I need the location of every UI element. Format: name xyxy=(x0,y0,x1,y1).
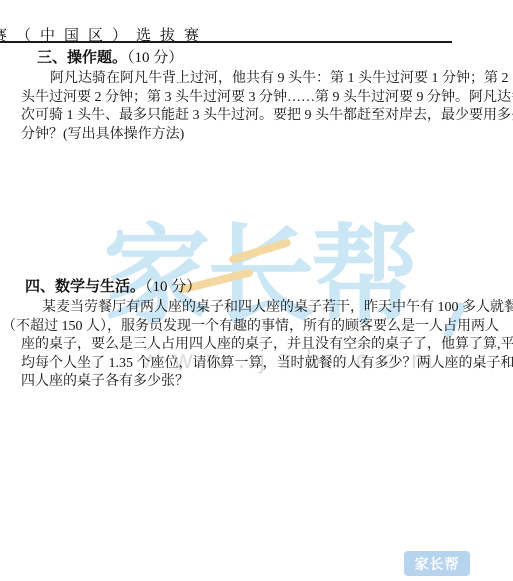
question-3-heading-score: （10 分） xyxy=(127,50,183,66)
jzb-logo-text: 家长帮 xyxy=(415,554,460,574)
question-4-heading: 四、数学与生活。（10 分） xyxy=(25,275,513,296)
question-4-line: 四人座的桌子各有多少张？ xyxy=(21,373,513,392)
question-4-heading-title: 四、数学与生活。 xyxy=(25,278,145,295)
question-4-heading-score: （10 分） xyxy=(145,279,201,295)
exam-paper-page: 赛（中国区）选拔赛 家长帮 www.jzb.com 三、操作题。（10 分） 阿… xyxy=(0,0,513,581)
question-3-line: 分钟？(写出具体操作方法) xyxy=(21,126,513,145)
jzb-logo-badge: 家长帮 xyxy=(404,551,470,576)
question-4-line: 均每个人坐了 1.35 个座位，请你算一算，当时就餐的人有多少？两人座的桌子和 xyxy=(21,355,513,374)
section-question-4: 四、数学与生活。（10 分） 某麦当劳餐厅有两人座的桌子和四人座的桌子若干，昨天… xyxy=(0,275,513,392)
question-3-line: 头牛过河要 2 分钟；第 3 头牛过河要 3 分钟……第 9 头牛过河要 9 分… xyxy=(21,89,513,108)
question-4-line: 座的桌子，要么是三人占用四人座的桌子，并且没有空余的桌子了，他算了算,平 xyxy=(21,336,513,355)
question-4-body: 某麦当劳餐厅有两人座的桌子和四人座的桌子若干，昨天中午有 100 多人就餐 （不… xyxy=(21,299,513,392)
question-3-line: 阿凡达骑在阿凡牛背上过河，他共有 9 头牛：第 1 头牛过河要 1 分钟；第 2 xyxy=(21,70,513,89)
question-3-heading-title: 三、操作题。 xyxy=(37,49,127,66)
header-divider xyxy=(0,41,452,43)
section-question-3: 三、操作题。（10 分） 阿凡达骑在阿凡牛背上过河，他共有 9 头牛：第 1 头… xyxy=(0,46,513,144)
question-4-line: （不超过 150 人），服务员发现一个有趣的事情，所有的顾客要么是一人占用两人 xyxy=(2,318,513,337)
question-4-line: 某麦当劳餐厅有两人座的桌子和四人座的桌子若干，昨天中午有 100 多人就餐 xyxy=(21,299,513,318)
question-3-body: 阿凡达骑在阿凡牛背上过河，他共有 9 头牛：第 1 头牛过河要 1 分钟；第 2… xyxy=(21,70,513,144)
question-3-line: 次可骑 1 头牛、最多只能赶 3 头牛过河。要把 9 头牛都赶至对岸去，最少要用… xyxy=(21,107,513,126)
question-3-heading: 三、操作题。（10 分） xyxy=(37,46,513,67)
